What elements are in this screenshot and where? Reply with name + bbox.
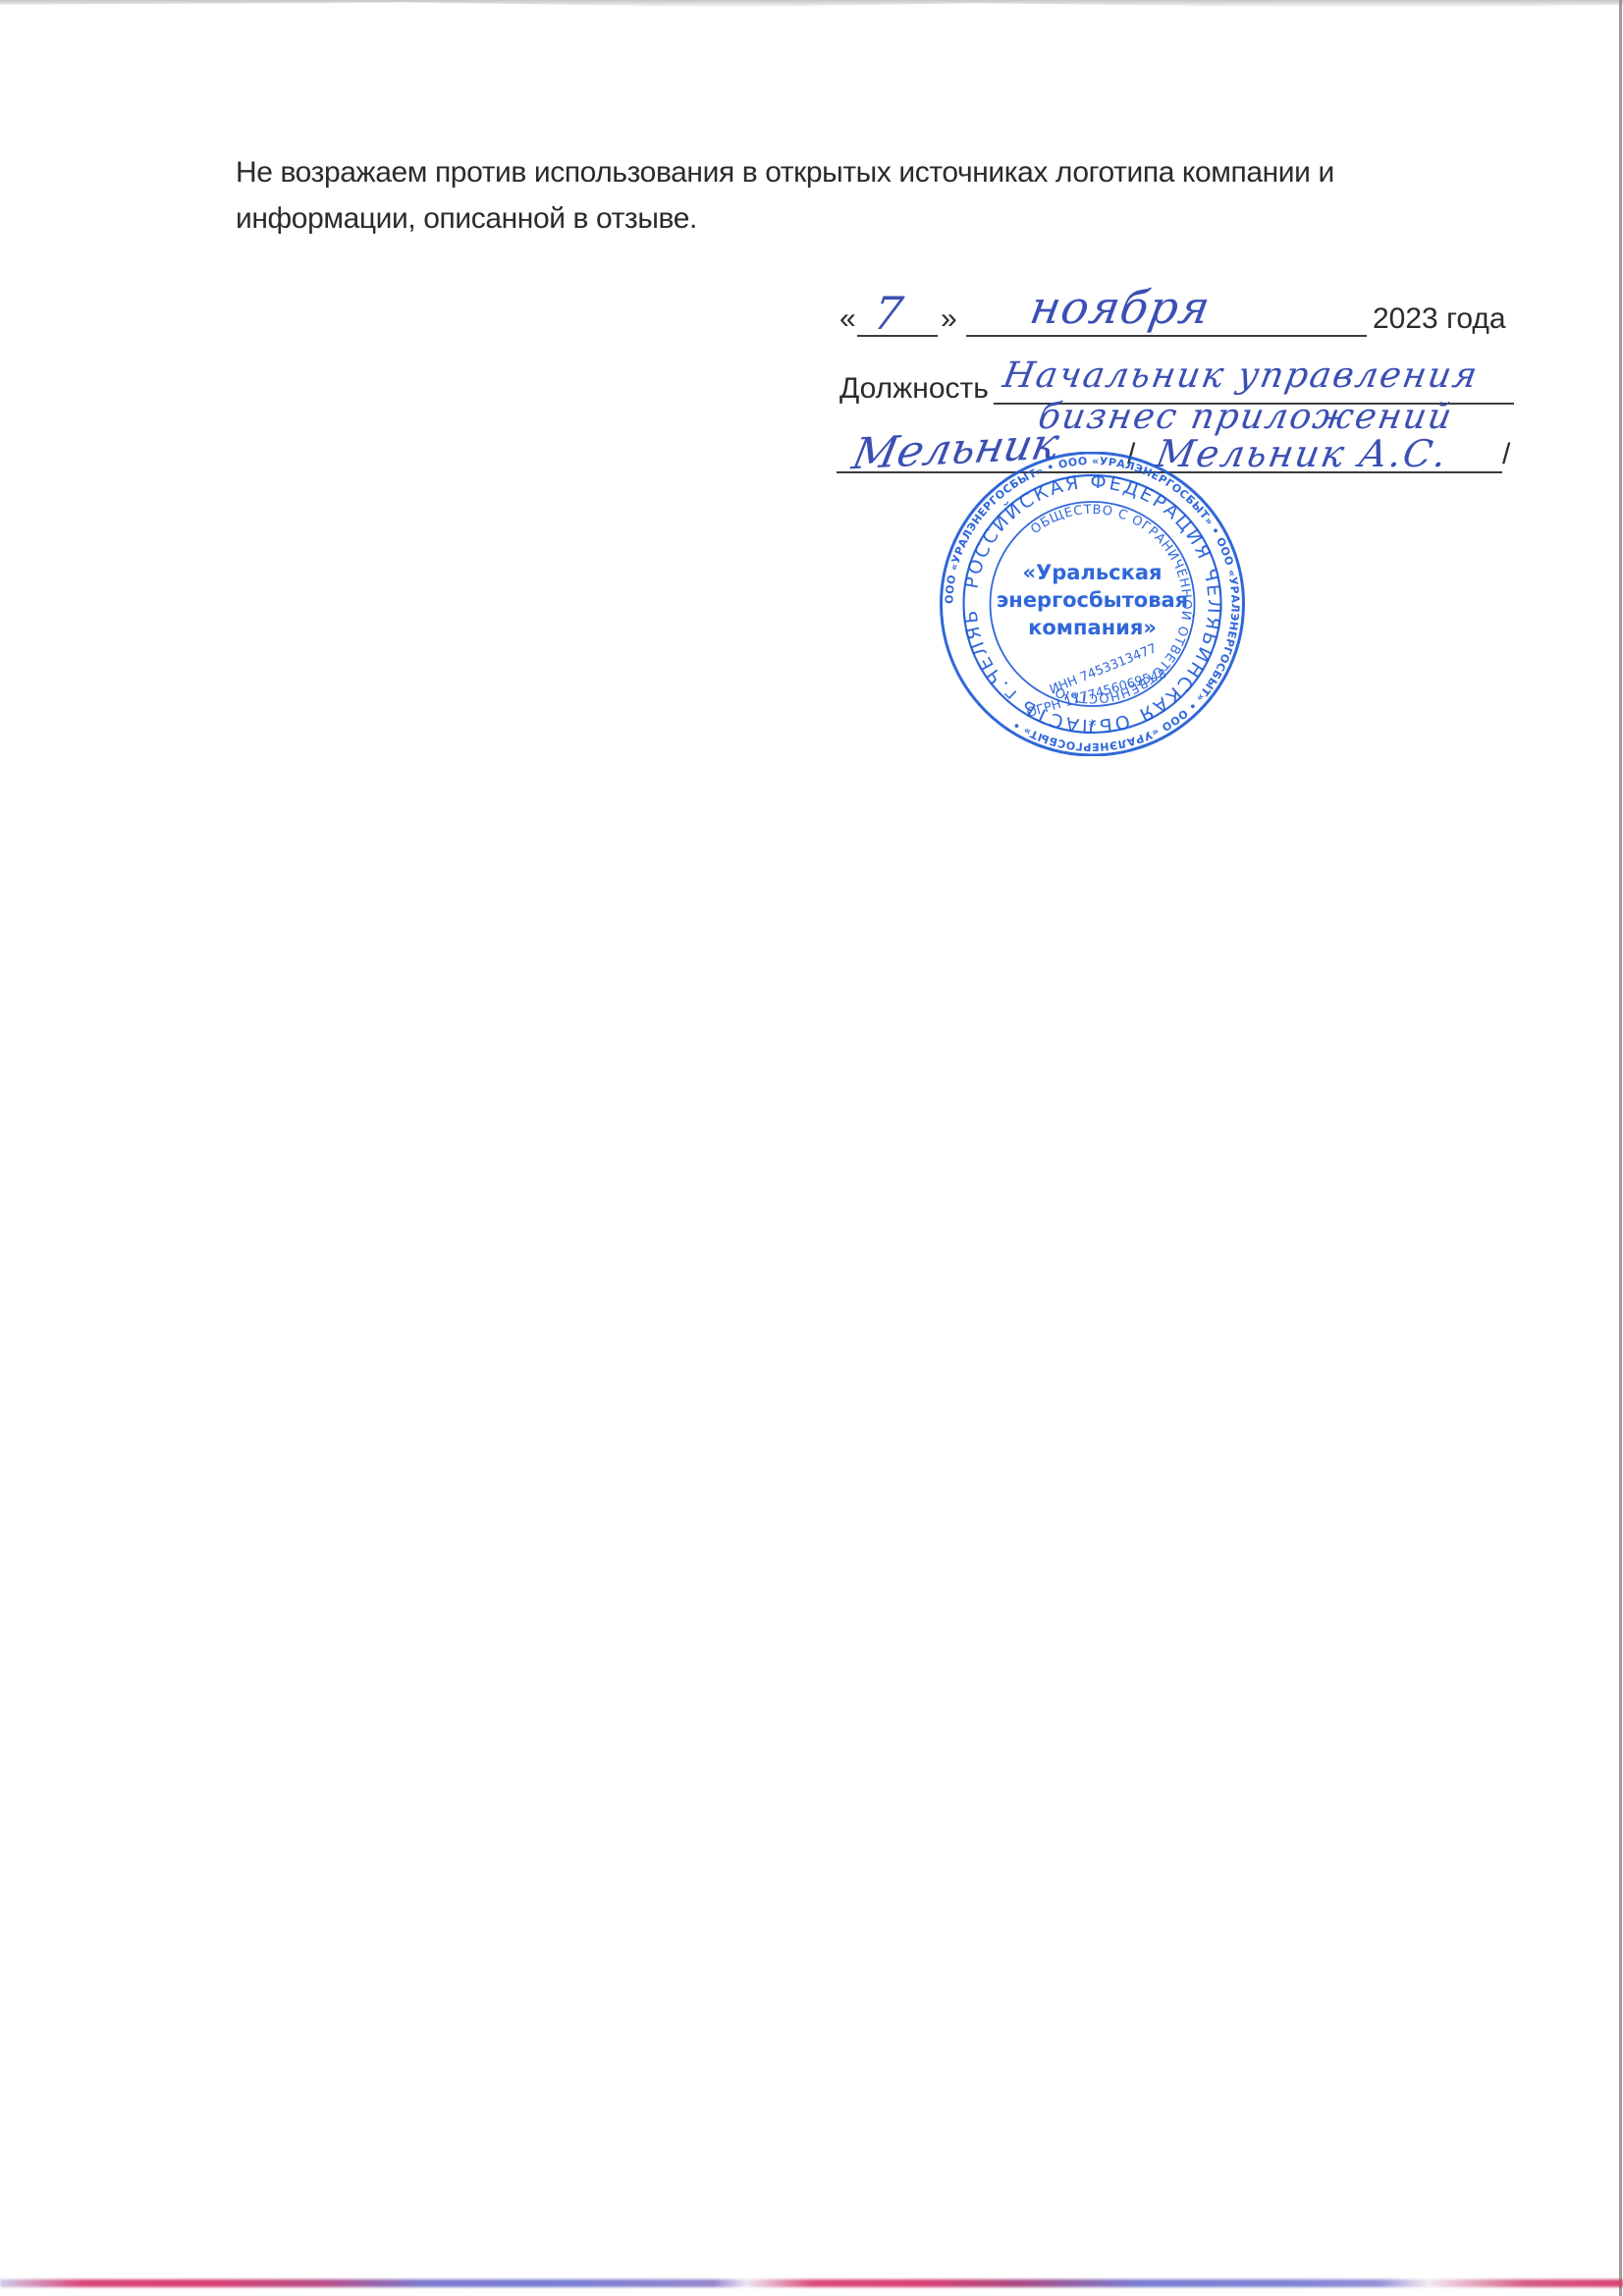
stamp-center-line-1: «Уральская bbox=[1023, 561, 1163, 584]
stamp-center-line-3: компания» bbox=[1028, 616, 1157, 639]
date-close-quote: » bbox=[941, 302, 957, 336]
stamp-seal-icon: ООО «УРАЛЭНЕРГОСБЫТ» • ООО «УРАЛЭНЕРГОСБ… bbox=[933, 452, 1252, 756]
date-day-handwritten: 7 bbox=[870, 287, 906, 340]
signature-closing-separator: / bbox=[1502, 438, 1510, 471]
month-underline bbox=[966, 335, 1367, 337]
stamp-center-line-2: энергосбытовая bbox=[997, 588, 1188, 612]
date-open-quote: « bbox=[839, 302, 856, 336]
date-month-handwritten: ноября bbox=[1026, 281, 1215, 334]
position-label: Должность bbox=[839, 372, 989, 406]
company-stamp: ООО «УРАЛЭНЕРГОСБЫТ» • ООО «УРАЛЭНЕРГОСБ… bbox=[933, 452, 1252, 756]
statement-line-1: Не возражаем против использования в откр… bbox=[236, 149, 1463, 195]
document-page: Не возражаем против использования в откр… bbox=[0, 0, 1623, 2296]
statement-line-2: информации, описанной в отзыве. bbox=[236, 195, 1463, 242]
consent-statement: Не возражаем против использования в откр… bbox=[236, 149, 1463, 242]
position-value-line-2: бизнес приложений bbox=[1035, 397, 1456, 437]
position-value-line-1: Начальник управления bbox=[1000, 355, 1482, 396]
date-year-label: 2023 года bbox=[1373, 302, 1506, 336]
scan-bottom-color-band bbox=[0, 2279, 1623, 2287]
scan-right-edge bbox=[1619, 0, 1622, 2296]
stamp-star: * bbox=[1089, 716, 1097, 735]
scan-top-shadow bbox=[0, 0, 1623, 8]
